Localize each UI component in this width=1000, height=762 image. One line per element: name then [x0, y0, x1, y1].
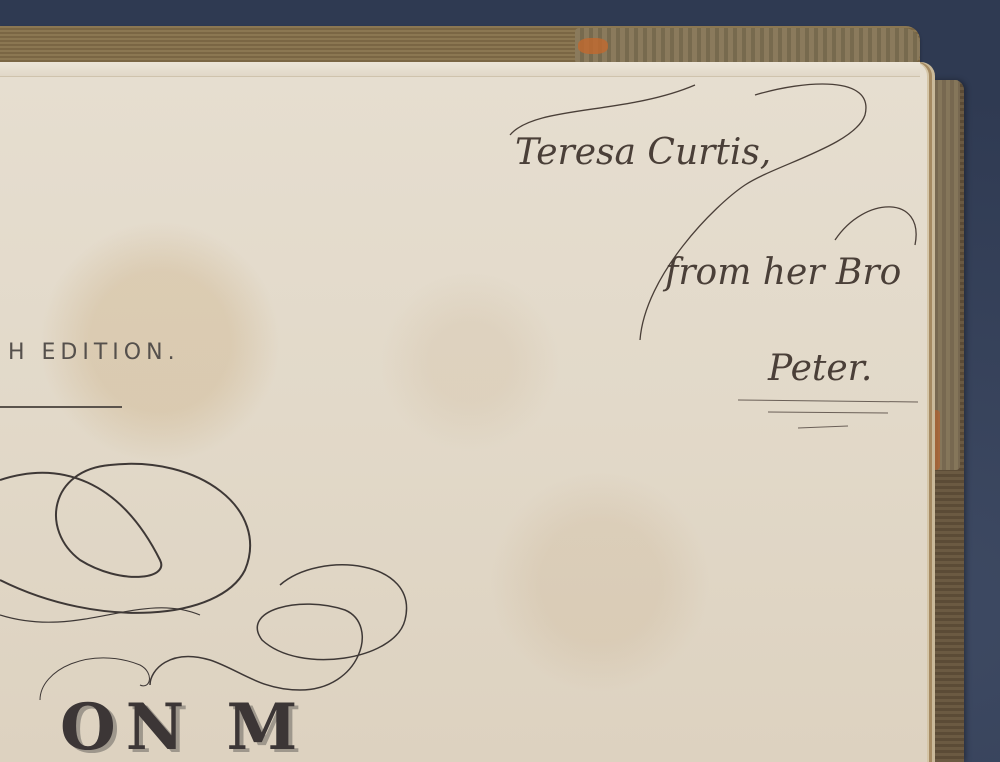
frayed-cloth [575, 28, 920, 64]
engraved-title-fragment: ON M [60, 690, 307, 762]
calligraphic-flourish-icon [0, 440, 420, 700]
inscription-line-name: Teresa Curtis, [515, 132, 771, 173]
book-cover-top-edge [0, 26, 920, 64]
inscription-line-signature: Peter. [768, 348, 872, 389]
edition-label: H EDITION. [8, 340, 180, 365]
rust-stain [578, 38, 608, 54]
inscription-line-from: from her Bro [665, 252, 901, 293]
page-top-fold [0, 62, 920, 77]
inscription-underlines [738, 396, 928, 456]
printed-rule [0, 406, 122, 408]
